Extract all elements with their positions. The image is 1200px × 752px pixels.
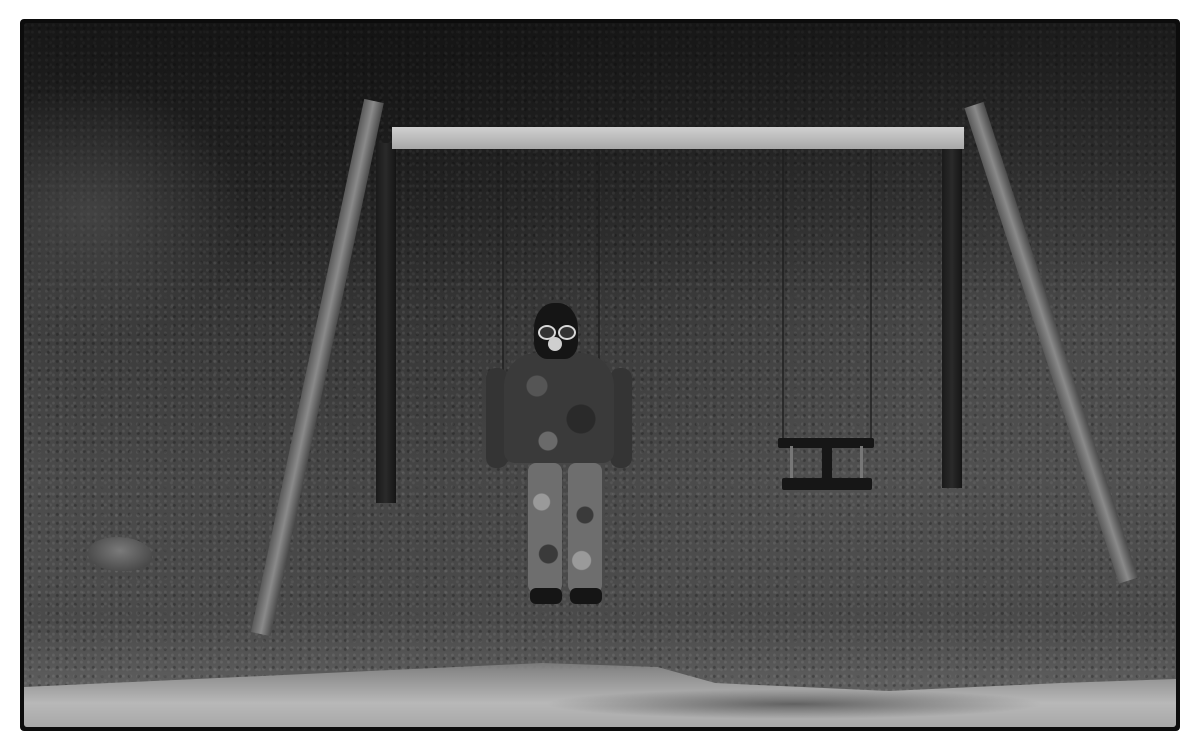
gas-mask-filter [548, 337, 562, 351]
seat-center-post [822, 446, 832, 482]
seat-bar [790, 446, 793, 480]
photograph [24, 23, 1176, 727]
camouflage-jacket [504, 353, 614, 463]
boot-right [570, 588, 602, 604]
person-in-gas-mask [484, 303, 634, 603]
shrubs [24, 83, 244, 343]
swing-post-left [376, 143, 396, 503]
photo-border [20, 19, 1180, 731]
goggle-right [558, 325, 576, 340]
swing-chain [782, 149, 784, 441]
camouflage-leg-left [528, 463, 562, 593]
rock [88, 537, 152, 571]
camouflage-leg-right [568, 463, 602, 593]
seat-base [782, 478, 872, 490]
path-shadow [544, 689, 1044, 719]
boot-left [530, 588, 562, 604]
swing-post-right [942, 143, 962, 488]
swing-beam [392, 127, 964, 149]
swing-chain [870, 149, 872, 441]
toddler-swing-seat [778, 438, 874, 494]
seat-bar [860, 446, 863, 480]
